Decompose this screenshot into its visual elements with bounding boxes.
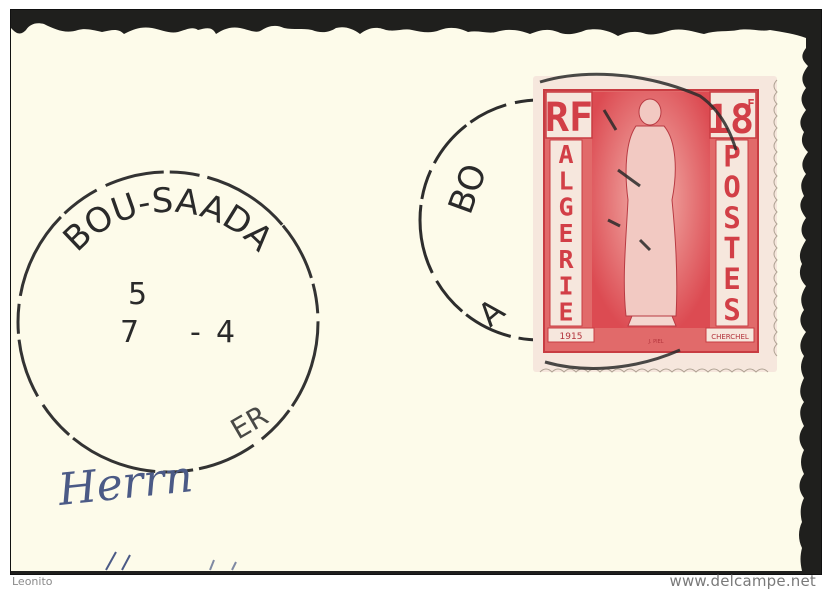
svg-text:S: S <box>723 201 741 235</box>
stamp-rf: RF <box>545 95 593 141</box>
svg-text:E: E <box>558 298 573 327</box>
svg-text:T: T <box>723 232 741 266</box>
svg-text:A: A <box>558 140 573 169</box>
stamp-service: POSTES <box>723 140 741 327</box>
svg-text:E: E <box>723 262 741 296</box>
postage-stamp[interactable]: RF 18 F ALGERIE POSTES 1915 J. PIEL CHER… <box>533 74 777 372</box>
svg-text:R: R <box>558 245 574 274</box>
postcard-photo: BOU-SAADA 5 7 - 4 ER BO A RF 18 <box>0 0 830 592</box>
postmark-left-month: 4 <box>216 315 235 350</box>
stamp-value-unit: F <box>747 97 754 111</box>
svg-text:G: G <box>558 193 573 222</box>
svg-text:E: E <box>558 219 573 248</box>
site-watermark[interactable]: www.delcampe.net <box>670 572 817 590</box>
stamp-country: ALGERIE <box>558 140 574 327</box>
stamp-location: CHERCHEL <box>711 333 749 341</box>
svg-text:-: - <box>190 315 201 350</box>
stamp-engraver: J. PIEL <box>647 339 663 345</box>
stamp-year: 1915 <box>560 332 583 342</box>
svg-text:I: I <box>558 271 573 300</box>
postmark-left-day: 7 <box>120 315 139 350</box>
statue-figure <box>624 99 676 326</box>
seller-name: Leonito <box>12 575 53 588</box>
postmark-left-line1: 5 <box>128 277 147 312</box>
svg-text:S: S <box>723 293 741 327</box>
svg-text:L: L <box>558 166 573 195</box>
svg-text:O: O <box>723 170 741 204</box>
svg-text:P: P <box>723 140 741 174</box>
